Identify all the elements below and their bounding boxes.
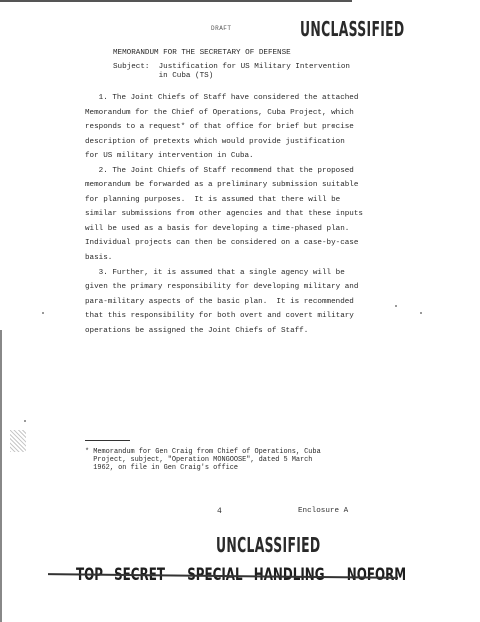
- memo-heading: MEMORANDUM FOR THE SECRETARY OF DEFENSE: [113, 46, 291, 60]
- paragraph-1-line: Memorandum for the Chief of Operations, …: [85, 109, 354, 117]
- scan-speck: [420, 312, 422, 314]
- paragraph-2-line: basis.: [85, 254, 112, 262]
- enclosure-label: Enclosure A: [298, 507, 348, 515]
- footnote-line: * Memorandum for Gen Craig from Chief of…: [85, 448, 321, 456]
- footnote-line: Project, subject, "Operation MONGOOSE", …: [85, 456, 312, 464]
- footnote-rule: [85, 440, 130, 441]
- paragraph-1-line: 1. The Joint Chiefs of Staff have consid…: [85, 94, 358, 102]
- paragraph-3-line: operations be assigned the Joint Chiefs …: [85, 327, 308, 335]
- scan-speck: [24, 420, 26, 422]
- paragraph-2-line: memorandum be forwarded as a preliminary…: [85, 181, 358, 189]
- paragraph-1-line: description of pretexts which would prov…: [85, 138, 345, 146]
- struck-classification-line: TOP SECRET SPECIAL HANDLING NOFORM: [48, 565, 398, 587]
- paragraph-3-line: para-military aspects of the basic plan.…: [85, 298, 354, 306]
- classification-stamp-bottom: UNCLASSIFIED: [216, 533, 321, 557]
- paragraph-1-line: for US military intervention in Cuba.: [85, 152, 254, 160]
- classification-stamp-top: UNCLASSIFIED: [300, 17, 405, 41]
- paragraph-1-line: responds to a request* of that office fo…: [85, 123, 354, 131]
- paragraph-3-line: given the primary responsibility for dev…: [85, 283, 358, 291]
- draft-mark: DRAFT: [211, 25, 232, 32]
- subject-line-2: in Cuba (TS): [159, 72, 214, 80]
- paragraph-2-line: 2. The Joint Chiefs of Staff recommend t…: [85, 167, 354, 175]
- page-number: 4: [217, 507, 222, 516]
- paragraph-2-line: for planning purposes. It is assumed tha…: [85, 196, 340, 204]
- subject-line-1: Justification for US Military Interventi…: [159, 63, 350, 71]
- scan-speck: [42, 312, 44, 314]
- paragraph-2-line: similar submissions from other agencies …: [85, 210, 363, 218]
- scan-edge-left: [0, 330, 2, 622]
- paragraph-3-line: that this responsibility for both overt …: [85, 312, 354, 320]
- memo-body: 1. The Joint Chiefs of Staff have consid…: [85, 91, 363, 338]
- paragraph-2-line: will be used as a basis for developing a…: [85, 225, 349, 233]
- scan-speck: [395, 305, 397, 307]
- subject-label: Subject:: [113, 63, 149, 71]
- scan-speck: [333, 125, 335, 127]
- paragraph-2-line: Individual projects can then be consider…: [85, 239, 358, 247]
- memo-subject: Subject: Justification for US Military I…: [113, 63, 350, 81]
- scan-smudge: [10, 430, 26, 452]
- footnote-line: 1962, on file in Gen Craig's office: [85, 464, 238, 472]
- scan-edge-top: [0, 0, 352, 2]
- footnote: * Memorandum for Gen Craig from Chief of…: [85, 448, 321, 472]
- paragraph-3-line: 3. Further, it is assumed that a single …: [85, 269, 345, 277]
